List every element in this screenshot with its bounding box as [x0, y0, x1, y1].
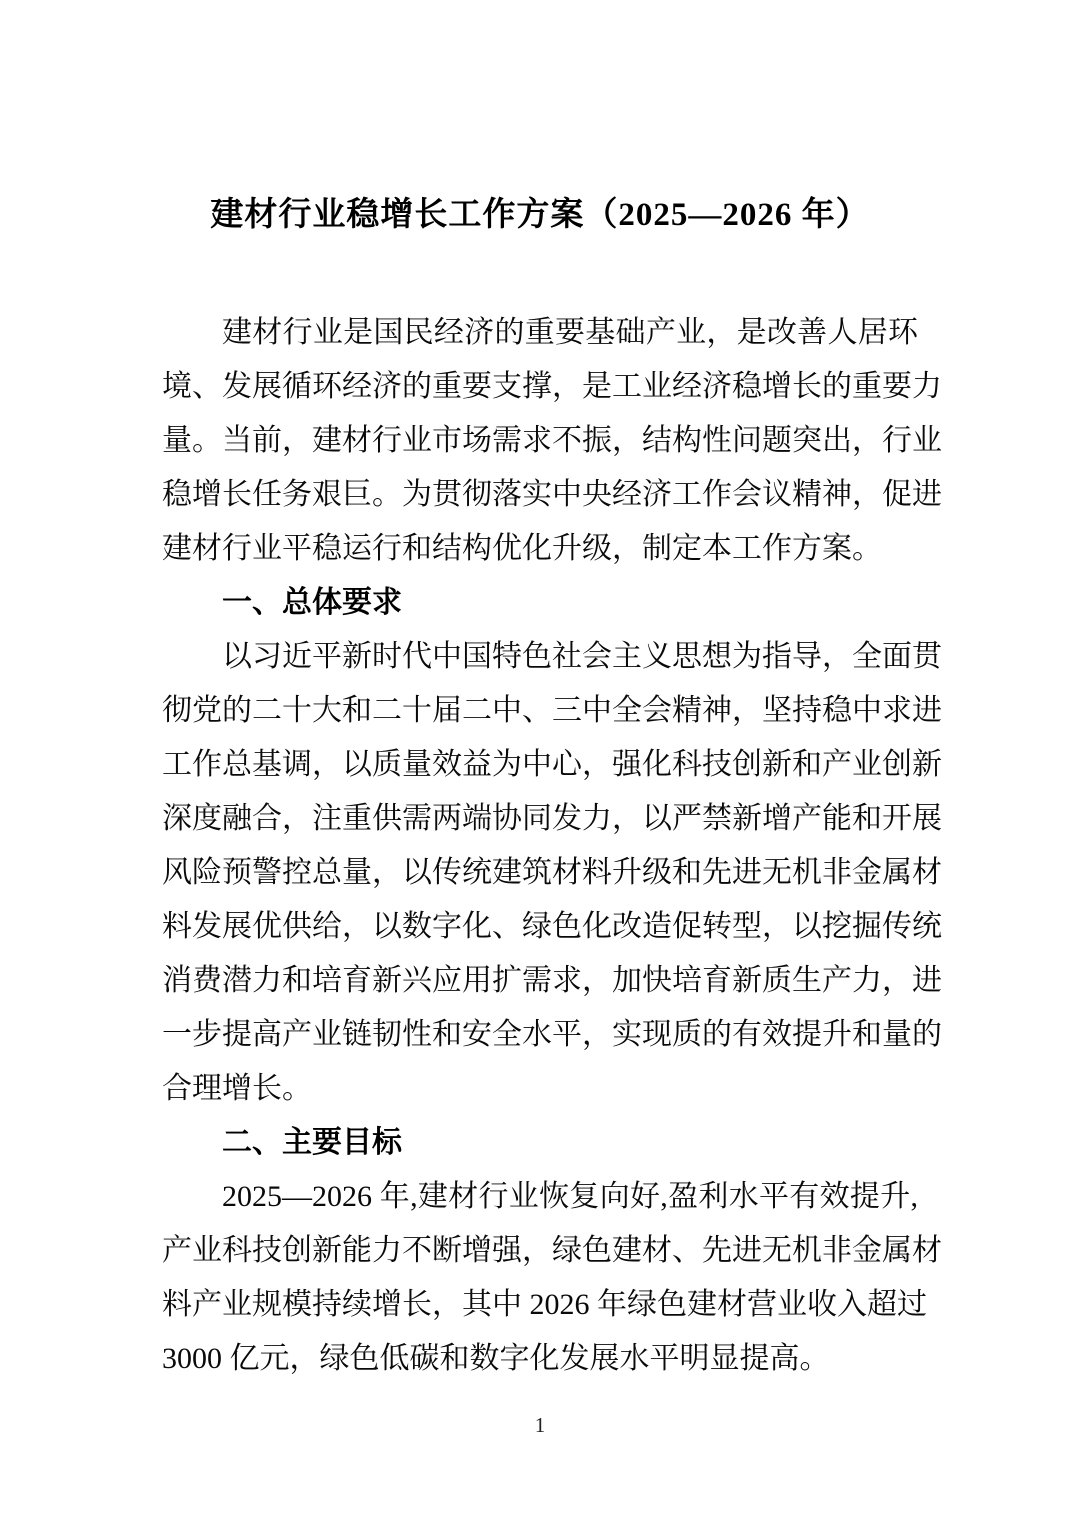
section-1-paragraph-line: 工作总基调，以质量效益为中心，强化科技创新和产业创新: [162, 738, 918, 792]
document-title: 建材行业稳增长工作方案（2025—2026 年）: [162, 193, 918, 237]
section-2-paragraph-line: 产业科技创新能力不断增强，绿色建材、先进无机非金属材: [162, 1224, 918, 1278]
section-2-paragraph-line: 2025—2026 年,建材行业恢复向好,盈利水平有效提升,: [162, 1170, 918, 1224]
intro-paragraph-line: 稳增长任务艰巨。为贯彻落实中央经济工作会议精神，促进: [162, 468, 918, 522]
section-2-heading: 二、主要目标: [162, 1116, 918, 1170]
section-1-paragraph-line: 一步提高产业链韧性和安全水平，实现质的有效提升和量的: [162, 1008, 918, 1062]
section-1-paragraph-line: 消费潜力和培育新兴应用扩需求，加快培育新质生产力，进: [162, 954, 918, 1008]
section-1-paragraph-line: 以习近平新时代中国特色社会主义思想为指导，全面贯: [162, 630, 918, 684]
section-1-heading: 一、总体要求: [162, 576, 918, 630]
section-2-paragraph-line: 3000 亿元，绿色低碳和数字化发展水平明显提高。: [162, 1332, 918, 1386]
section-1-paragraph-line: 料发展优供给，以数字化、绿色化改造促转型，以挖掘传统: [162, 900, 918, 954]
intro-paragraph-line: 境、发展循环经济的重要支撑，是工业经济稳增长的重要力: [162, 360, 918, 414]
document-page: 建材行业稳增长工作方案（2025—2026 年） 建材行业是国民经济的重要基础产…: [0, 0, 1080, 1527]
document-body: 建材行业是国民经济的重要基础产业，是改善人居环境、发展循环经济的重要支撑，是工业…: [162, 306, 918, 1386]
section-1-paragraph-line: 风险预警控总量，以传统建筑材料升级和先进无机非金属材: [162, 846, 918, 900]
section-1-paragraph-line: 深度融合，注重供需两端协同发力，以严禁新增产能和开展: [162, 792, 918, 846]
page-number: 1: [162, 1412, 918, 1438]
section-1-paragraph-line: 彻党的二十大和二十届二中、三中全会精神，坚持稳中求进: [162, 684, 918, 738]
intro-paragraph-line: 建材行业是国民经济的重要基础产业，是改善人居环: [162, 306, 918, 360]
intro-paragraph-line: 量。当前，建材行业市场需求不振，结构性问题突出，行业: [162, 414, 918, 468]
section-2-paragraph-line: 料产业规模持续增长，其中 2026 年绿色建材营业收入超过: [162, 1278, 918, 1332]
section-1-paragraph-line: 合理增长。: [162, 1062, 918, 1116]
intro-paragraph-line: 建材行业平稳运行和结构优化升级，制定本工作方案。: [162, 522, 918, 576]
